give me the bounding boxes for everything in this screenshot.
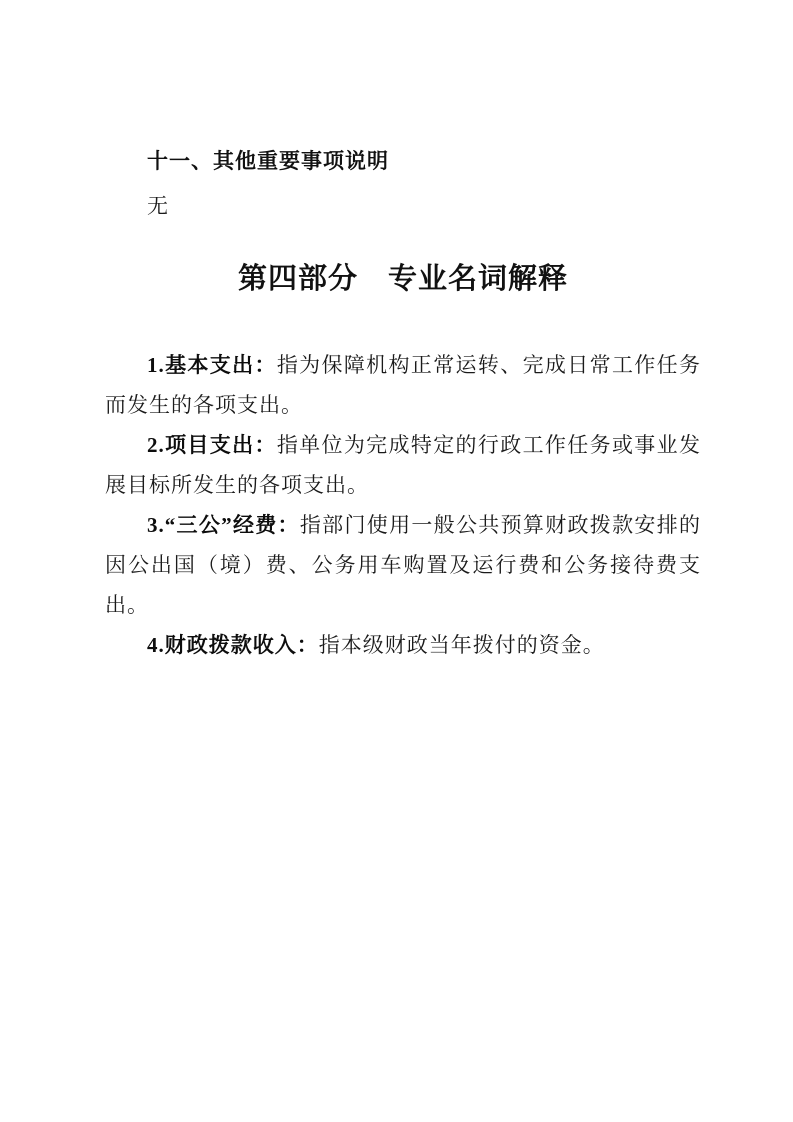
- section-eleven-body: 无: [105, 184, 701, 228]
- definition-term: 4.财政拨款收入：: [147, 633, 319, 657]
- definition-text: 指本级财政当年拨付的资金。: [319, 633, 605, 657]
- definition-paragraph-three-public-funds: 3.“三公”经费：指部门使用一般公共预算财政拨款安排的因公出国（境）费、公务用车…: [105, 505, 701, 625]
- definition-paragraph-project-expenditure: 2.项目支出：指单位为完成特定的行政工作任务或事业发展目标所发生的各项支出。: [105, 425, 701, 505]
- definition-term: 3.“三公”经费：: [147, 513, 300, 537]
- document-page: 十一、其他重要事项说明 无 第四部分 专业名词解释 1.基本支出：指为保障机构正…: [0, 0, 793, 1122]
- section-eleven-heading: 十一、其他重要事项说明: [105, 140, 701, 184]
- definition-term: 1.基本支出：: [147, 353, 277, 377]
- definition-paragraph-basic-expenditure: 1.基本支出：指为保障机构正常运转、完成日常工作任务而发生的各项支出。: [105, 345, 701, 425]
- definition-paragraph-fiscal-appropriation-income: 4.财政拨款收入：指本级财政当年拨付的资金。: [105, 625, 701, 665]
- part-four-title: 第四部分 专业名词解释: [105, 256, 701, 302]
- definition-term: 2.项目支出：: [147, 433, 277, 457]
